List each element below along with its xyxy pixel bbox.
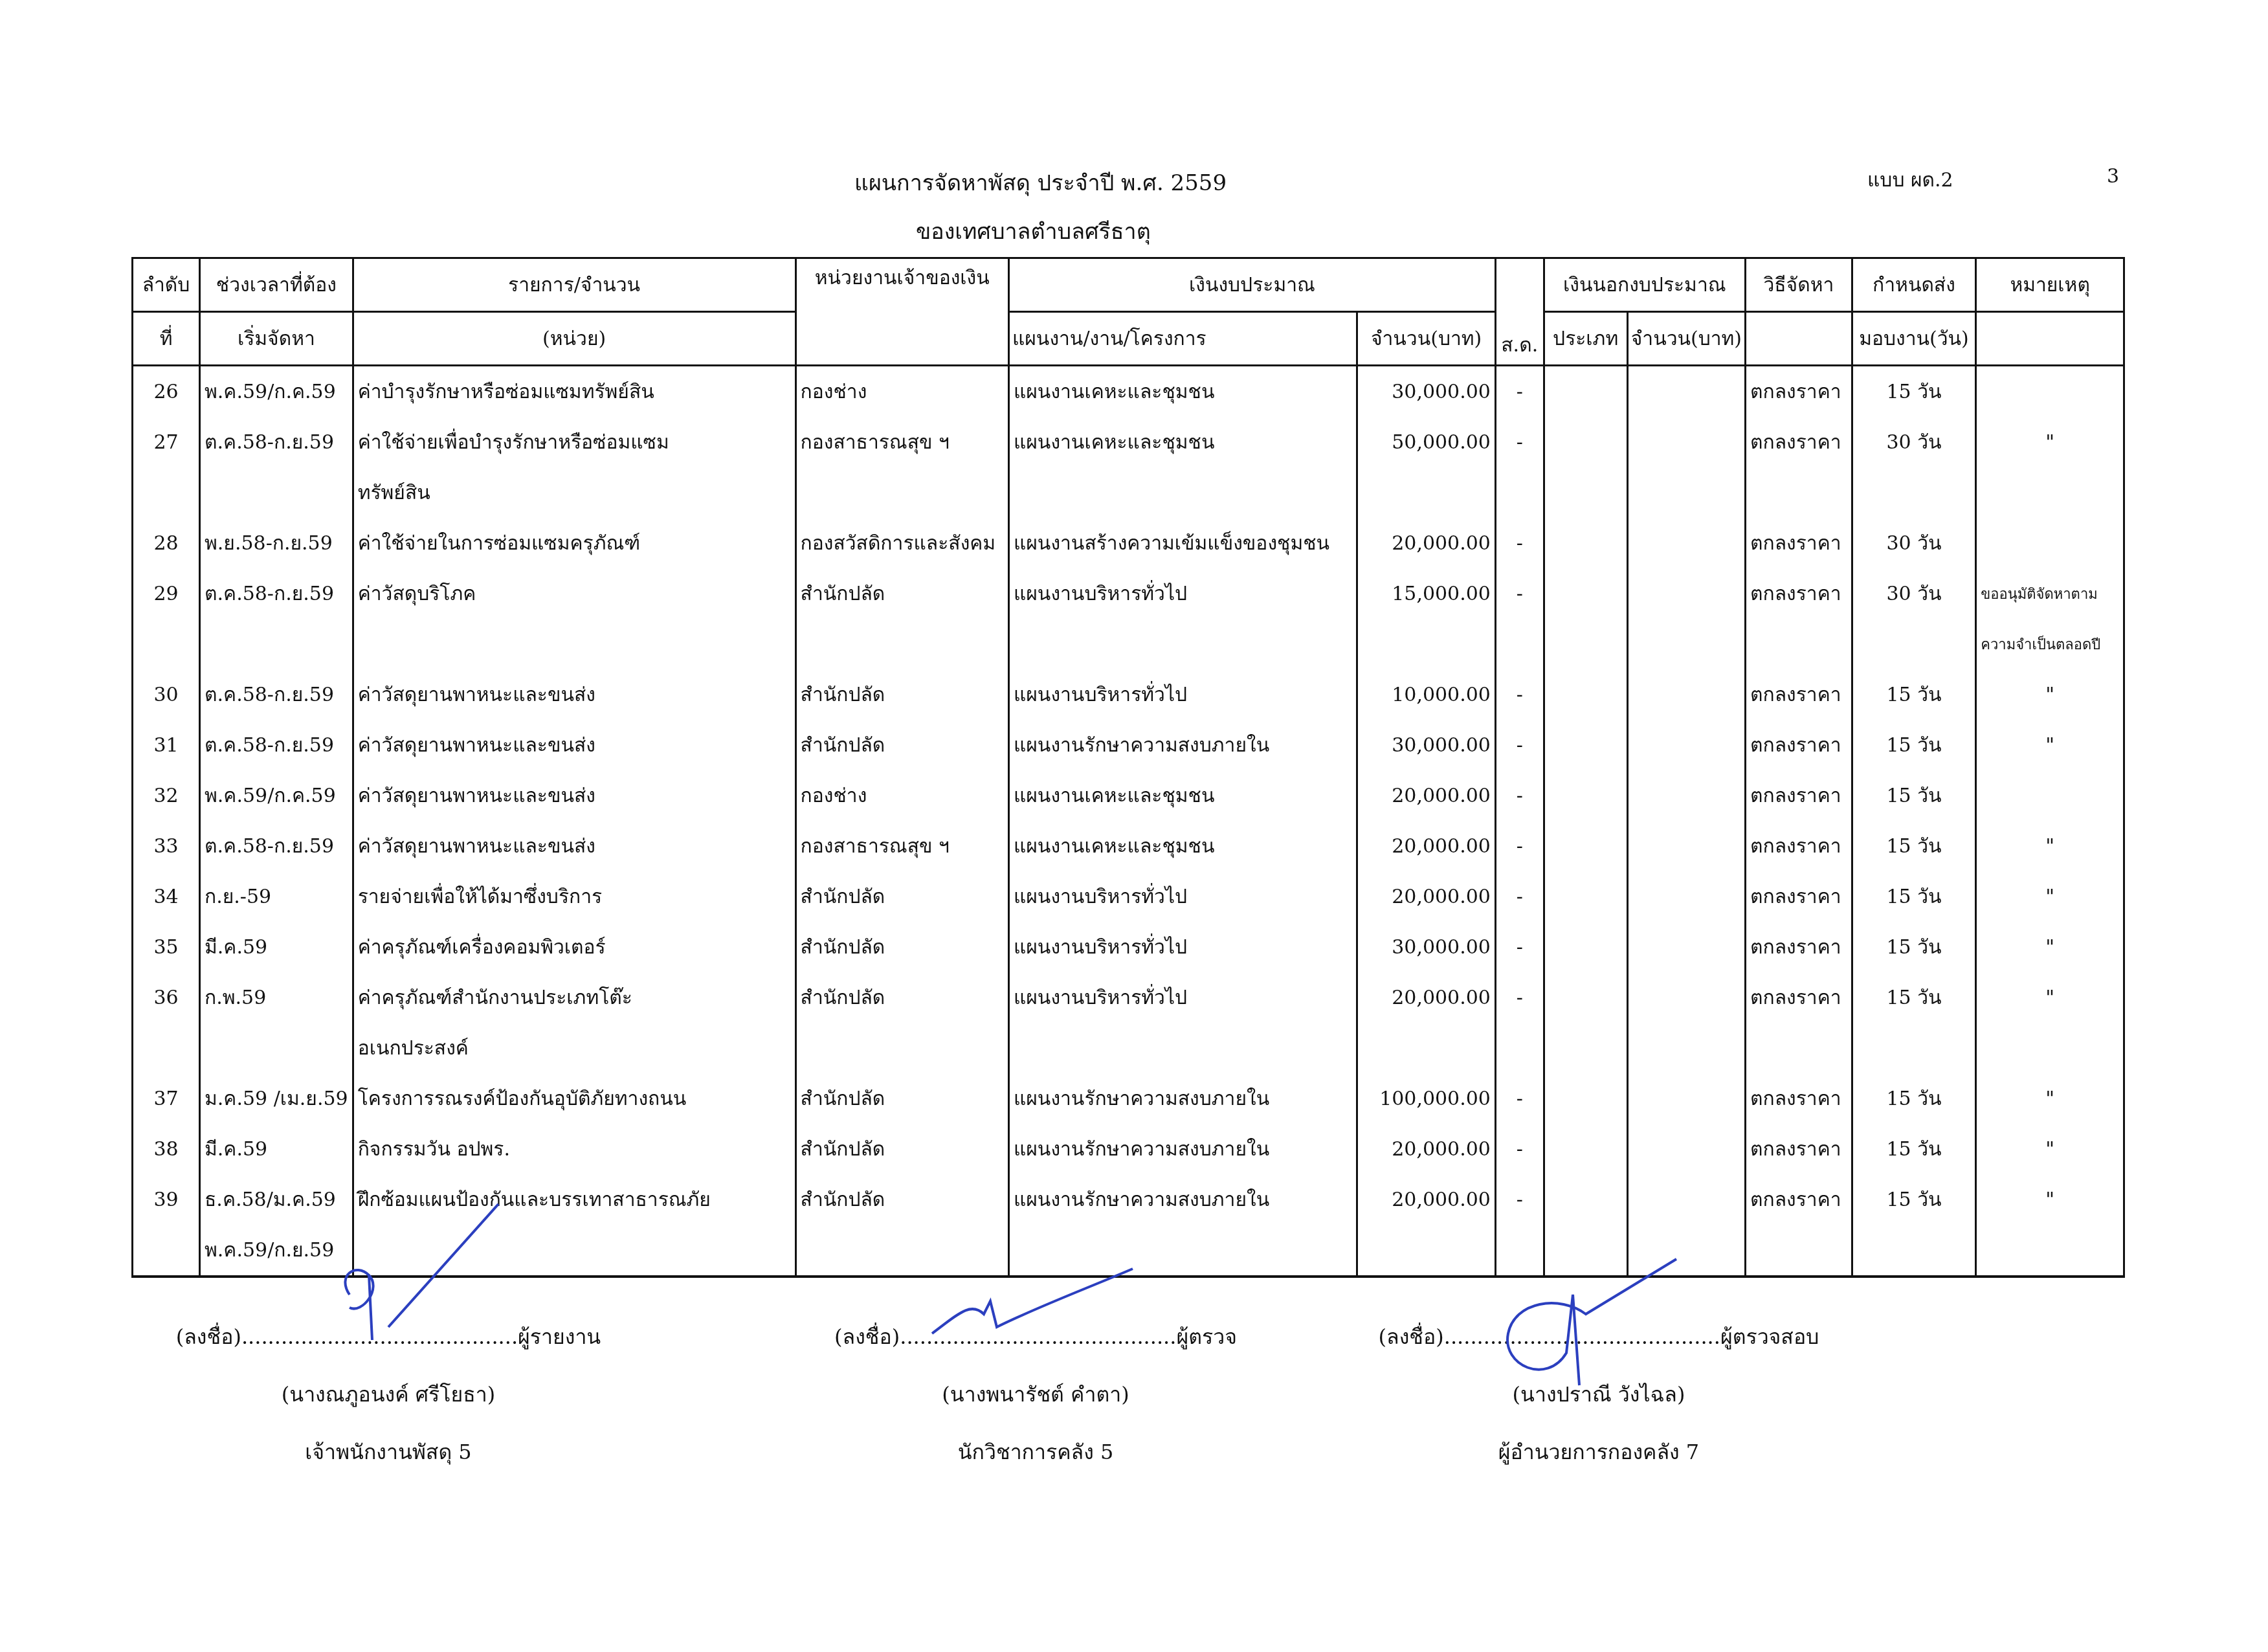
cell-item: ทรัพย์สิน — [353, 467, 795, 518]
cell-days: 30 วัน — [1852, 417, 1976, 467]
cell-period: ต.ค.58-ก.ย.59 — [200, 720, 353, 770]
cell-owner: สำนักปลัด — [795, 1073, 1008, 1124]
cell-type — [1544, 1073, 1627, 1124]
cell-type — [1544, 770, 1627, 821]
cell-no — [133, 1023, 200, 1073]
signer-name: (นางณภูอนงค์ ศรีโยธา) — [155, 1378, 621, 1411]
cell-days: 15 วัน — [1852, 770, 1976, 821]
cell-remark: ขออนุมัติจัดหาตาม — [1976, 568, 2124, 619]
cell-plan — [1008, 619, 1357, 669]
cell-amount: 20,000.00 — [1357, 770, 1496, 821]
cell-no: 34 — [133, 871, 200, 922]
cell-item: ค่าครุภัณฑ์สำนักงานประเภทโต๊ะ — [353, 972, 795, 1023]
cell-remark: " — [1976, 1124, 2124, 1174]
cell-type — [1544, 1174, 1627, 1225]
header-item: รายการ/จำนวน — [353, 258, 795, 312]
cell-remark: ความจำเป็นตลอดปี — [1976, 619, 2124, 669]
cell-no: 35 — [133, 922, 200, 972]
cell-no — [133, 1225, 200, 1277]
header-no: ลำดับ — [133, 258, 200, 312]
cell-owner — [795, 619, 1008, 669]
cell-plan: แผนงานรักษาความสงบภายใน — [1008, 1124, 1357, 1174]
table-row: 34ก.ย.-59รายจ่ายเพื่อให้ได้มาซึ่งบริการส… — [133, 871, 2124, 922]
cell-period: ต.ค.58-ก.ย.59 — [200, 417, 353, 467]
cell-days: 15 วัน — [1852, 972, 1976, 1023]
header-owner: หน่วยงานเจ้าของเงิน — [795, 258, 1008, 366]
cell-method: ตกลงราคา — [1746, 568, 1852, 619]
cell-plan: แผนงานเคหะและชุมชน — [1008, 770, 1357, 821]
cell-owner: สำนักปลัด — [795, 1174, 1008, 1225]
header-nb-amount: จำนวน(บาท) — [1627, 312, 1745, 366]
cell-nb_amount — [1627, 619, 1745, 669]
document-title: แผนการจัดหาพัสดุ ประจำปี พ.ศ. 2559 — [854, 165, 1227, 200]
cell-nb_amount — [1627, 518, 1745, 568]
table-row: อเนกประสงค์ — [133, 1023, 2124, 1073]
cell-nb_amount — [1627, 417, 1745, 467]
cell-no: 39 — [133, 1174, 200, 1225]
cell-remark — [1976, 467, 2124, 518]
cell-type — [1544, 821, 1627, 871]
cell-days — [1852, 467, 1976, 518]
table-row: 27ต.ค.58-ก.ย.59ค่าใช้จ่ายเพื่อบำรุงรักษา… — [133, 417, 2124, 467]
cell-plan: แผนงานเคหะและชุมชน — [1008, 366, 1357, 418]
cell-days: 15 วัน — [1852, 922, 1976, 972]
header-method-2 — [1746, 312, 1852, 366]
cell-no — [133, 619, 200, 669]
cell-plan: แผนงานรักษาความสงบภายใน — [1008, 1073, 1357, 1124]
cell-amount: 100,000.00 — [1357, 1073, 1496, 1124]
table-row: ทรัพย์สิน — [133, 467, 2124, 518]
cell-days: 15 วัน — [1852, 1174, 1976, 1225]
cell-sd: - — [1495, 922, 1544, 972]
cell-method: ตกลงราคา — [1746, 1174, 1852, 1225]
cell-nb_amount — [1627, 568, 1745, 619]
document-subtitle: ของเทศบาลตำบลศรีธาตุ — [916, 214, 1151, 249]
header-amount: จำนวน(บาท) — [1357, 312, 1496, 366]
cell-method: ตกลงราคา — [1746, 669, 1852, 720]
header-remark-2 — [1976, 312, 2124, 366]
cell-method: ตกลงราคา — [1746, 1073, 1852, 1124]
cell-no: 26 — [133, 366, 200, 418]
table-row: 32พ.ค.59/ก.ค.59ค่าวัสดุยานพาหนะและขนส่งก… — [133, 770, 2124, 821]
cell-days: 15 วัน — [1852, 366, 1976, 418]
cell-amount: 20,000.00 — [1357, 821, 1496, 871]
cell-sd: - — [1495, 1124, 1544, 1174]
cell-owner: กองช่าง — [795, 770, 1008, 821]
cell-period: พ.ค.59/ก.ค.59 — [200, 770, 353, 821]
cell-method: ตกลงราคา — [1746, 922, 1852, 972]
cell-type — [1544, 720, 1627, 770]
cell-amount: 20,000.00 — [1357, 1174, 1496, 1225]
header-plan: แผนงาน/งาน/โครงการ — [1008, 312, 1357, 366]
cell-plan — [1008, 467, 1357, 518]
cell-method — [1746, 619, 1852, 669]
cell-sd: - — [1495, 972, 1544, 1023]
cell-days: 15 วัน — [1852, 1124, 1976, 1174]
cell-nb_amount — [1627, 720, 1745, 770]
cell-method: ตกลงราคา — [1746, 972, 1852, 1023]
cell-type — [1544, 1023, 1627, 1073]
cell-item: ค่าใช้จ่ายในการซ่อมแซมครุภัณฑ์ — [353, 518, 795, 568]
cell-plan: แผนงานบริหารทั่วไป — [1008, 871, 1357, 922]
cell-owner: สำนักปลัด — [795, 568, 1008, 619]
cell-no: 36 — [133, 972, 200, 1023]
header-nonbudget: เงินนอกงบประมาณ — [1544, 258, 1746, 312]
cell-type — [1544, 366, 1627, 418]
table-row: 37ม.ค.59 /เม.ย.59โครงการรณรงค์ป้องกันอุบ… — [133, 1073, 2124, 1124]
cell-no: 29 — [133, 568, 200, 619]
cell-owner: สำนักปลัด — [795, 972, 1008, 1023]
cell-item: ค่าวัสดุยานพาหนะและขนส่ง — [353, 821, 795, 871]
cell-amount — [1357, 467, 1496, 518]
cell-type — [1544, 922, 1627, 972]
cell-item: ค่าวัสดุยานพาหนะและขนส่ง — [353, 669, 795, 720]
cell-days: 30 วัน — [1852, 518, 1976, 568]
cell-nb_amount — [1627, 366, 1745, 418]
cell-method: ตกลงราคา — [1746, 720, 1852, 770]
cell-item: โครงการรณรงค์ป้องกันอุบัติภัยทางถนน — [353, 1073, 795, 1124]
cell-type — [1544, 568, 1627, 619]
form-code: แบบ ผด.2 — [1867, 165, 1953, 195]
cell-sd: - — [1495, 770, 1544, 821]
cell-plan: แผนงานรักษาความสงบภายใน — [1008, 1174, 1357, 1225]
cell-amount: 50,000.00 — [1357, 417, 1496, 467]
cell-period — [200, 467, 353, 518]
table-row: 33ต.ค.58-ก.ย.59ค่าวัสดุยานพาหนะและขนส่งก… — [133, 821, 2124, 871]
cell-remark — [1976, 770, 2124, 821]
cell-remark — [1976, 366, 2124, 418]
cell-plan: แผนงานบริหารทั่วไป — [1008, 568, 1357, 619]
cell-item: ค่าใช้จ่ายเพื่อบำรุงรักษาหรือซ่อมแซม — [353, 417, 795, 467]
cell-no: 30 — [133, 669, 200, 720]
cell-no: 38 — [133, 1124, 200, 1174]
cell-remark: " — [1976, 821, 2124, 871]
cell-nb_amount — [1627, 1073, 1745, 1124]
cell-plan — [1008, 1023, 1357, 1073]
cell-sd: - — [1495, 1174, 1544, 1225]
cell-nb_amount — [1627, 871, 1745, 922]
cell-owner: สำนักปลัด — [795, 871, 1008, 922]
cell-amount — [1357, 1225, 1496, 1277]
cell-nb_amount — [1627, 669, 1745, 720]
cell-no: 31 — [133, 720, 200, 770]
handwritten-signature-icon — [311, 1198, 544, 1346]
cell-plan: แผนงานบริหารทั่วไป — [1008, 922, 1357, 972]
cell-sd: - — [1495, 669, 1544, 720]
cell-period — [200, 1023, 353, 1073]
cell-sd: - — [1495, 518, 1544, 568]
signer-position: ผู้อำนวยการกองคลัง 7 — [1366, 1436, 1832, 1469]
header-sd: ส.ด. — [1495, 258, 1544, 366]
cell-days: 15 วัน — [1852, 821, 1976, 871]
cell-method: ตกลงราคา — [1746, 417, 1852, 467]
cell-remark: " — [1976, 669, 2124, 720]
cell-remark: " — [1976, 417, 2124, 467]
cell-item: อเนกประสงค์ — [353, 1023, 795, 1073]
cell-plan: แผนงานรักษาความสงบภายใน — [1008, 720, 1357, 770]
table-row: 38มี.ค.59กิจกรรมวัน อปพร.สำนักปลัดแผนงาน… — [133, 1124, 2124, 1174]
cell-type — [1544, 417, 1627, 467]
cell-days: 15 วัน — [1852, 871, 1976, 922]
header-period: ช่วงเวลาที่ต้อง — [200, 258, 353, 312]
cell-item: ค่าวัสดุยานพาหนะและขนส่ง — [353, 770, 795, 821]
cell-owner: สำนักปลัด — [795, 922, 1008, 972]
cell-plan: แผนงานเคหะและชุมชน — [1008, 417, 1357, 467]
cell-nb_amount — [1627, 922, 1745, 972]
cell-remark: " — [1976, 922, 2124, 972]
procurement-plan-table: ลำดับ ช่วงเวลาที่ต้อง รายการ/จำนวน หน่วย… — [131, 257, 2125, 1278]
cell-method: ตกลงราคา — [1746, 1124, 1852, 1174]
cell-item — [353, 619, 795, 669]
handwritten-signature-icon — [919, 1262, 1152, 1346]
cell-sd: - — [1495, 568, 1544, 619]
header-budget: เงินงบประมาณ — [1008, 258, 1495, 312]
cell-owner: สำนักปลัด — [795, 1124, 1008, 1174]
table-row: 30ต.ค.58-ก.ย.59ค่าวัสดุยานพาหนะและขนส่งส… — [133, 669, 2124, 720]
table-row: 26พ.ค.59/ก.ค.59ค่าบำรุงรักษาหรือซ่อมแซมท… — [133, 366, 2124, 418]
cell-sd: - — [1495, 417, 1544, 467]
cell-sd: - — [1495, 366, 1544, 418]
cell-sd — [1495, 1023, 1544, 1073]
header-item-2: (หน่วย) — [353, 312, 795, 366]
cell-nb_amount — [1627, 1124, 1745, 1174]
handwritten-signature-icon — [1482, 1256, 1696, 1405]
cell-days — [1852, 1225, 1976, 1277]
cell-method — [1746, 1023, 1852, 1073]
header-period-2: เริ่มจัดหา — [200, 312, 353, 366]
cell-plan: แผนงานสร้างความเข้มแข็งของชุมชน — [1008, 518, 1357, 568]
cell-amount: 30,000.00 — [1357, 366, 1496, 418]
cell-remark — [1976, 1225, 2124, 1277]
header-type: ประเภท — [1544, 312, 1627, 366]
cell-amount: 15,000.00 — [1357, 568, 1496, 619]
cell-period — [200, 619, 353, 669]
header-deadline-2: มอบงาน(วัน) — [1852, 312, 1976, 366]
header-remark: หมายเหตุ — [1976, 258, 2124, 312]
cell-method — [1746, 467, 1852, 518]
cell-amount: 30,000.00 — [1357, 720, 1496, 770]
table-row: 28พ.ย.58-ก.ย.59ค่าใช้จ่ายในการซ่อมแซมครุ… — [133, 518, 2124, 568]
cell-owner: สำนักปลัด — [795, 720, 1008, 770]
cell-remark — [1976, 1023, 2124, 1073]
cell-method: ตกลงราคา — [1746, 366, 1852, 418]
cell-method: ตกลงราคา — [1746, 518, 1852, 568]
cell-item: รายจ่ายเพื่อให้ได้มาซึ่งบริการ — [353, 871, 795, 922]
cell-type — [1544, 972, 1627, 1023]
cell-owner: กองสาธารณสุข ฯ — [795, 417, 1008, 467]
cell-days — [1852, 619, 1976, 669]
cell-method: ตกลงราคา — [1746, 821, 1852, 871]
cell-period: ก.ย.-59 — [200, 871, 353, 922]
cell-remark: " — [1976, 1073, 2124, 1124]
cell-type — [1544, 871, 1627, 922]
cell-plan: แผนงานบริหารทั่วไป — [1008, 669, 1357, 720]
cell-remark: " — [1976, 1174, 2124, 1225]
cell-period: ต.ค.58-ก.ย.59 — [200, 821, 353, 871]
cell-method: ตกลงราคา — [1746, 770, 1852, 821]
cell-period: ม.ค.59 /เม.ย.59 — [200, 1073, 353, 1124]
page-number: 3 — [2107, 165, 2119, 188]
cell-amount: 30,000.00 — [1357, 922, 1496, 972]
cell-no: 28 — [133, 518, 200, 568]
cell-sd: - — [1495, 720, 1544, 770]
cell-owner: กองสวัสดิการและสังคม — [795, 518, 1008, 568]
cell-remark: " — [1976, 972, 2124, 1023]
cell-type — [1544, 467, 1627, 518]
cell-method: ตกลงราคา — [1746, 871, 1852, 922]
cell-amount: 20,000.00 — [1357, 871, 1496, 922]
cell-amount: 20,000.00 — [1357, 972, 1496, 1023]
cell-item: ค่าครุภัณฑ์เครื่องคอมพิวเตอร์ — [353, 922, 795, 972]
cell-nb_amount — [1627, 821, 1745, 871]
cell-days: 15 วัน — [1852, 1073, 1976, 1124]
cell-item: ค่าบำรุงรักษาหรือซ่อมแซมทรัพย์สิน — [353, 366, 795, 418]
table-row: 35มี.ค.59ค่าครุภัณฑ์เครื่องคอมพิวเตอร์สำ… — [133, 922, 2124, 972]
cell-days: 15 วัน — [1852, 669, 1976, 720]
cell-period: พ.ย.58-ก.ย.59 — [200, 518, 353, 568]
cell-plan: แผนงานบริหารทั่วไป — [1008, 972, 1357, 1023]
cell-sd — [1495, 467, 1544, 518]
cell-nb_amount — [1627, 972, 1745, 1023]
cell-sd — [1495, 619, 1544, 669]
cell-owner: สำนักปลัด — [795, 669, 1008, 720]
signer-position: เจ้าพนักงานพัสดุ 5 — [155, 1436, 621, 1469]
cell-no: 32 — [133, 770, 200, 821]
cell-remark: " — [1976, 720, 2124, 770]
cell-owner: กองสาธารณสุข ฯ — [795, 821, 1008, 871]
cell-remark — [1976, 518, 2124, 568]
cell-amount — [1357, 619, 1496, 669]
cell-days — [1852, 1023, 1976, 1073]
signer-position: นักวิชาการคลัง 5 — [803, 1436, 1269, 1469]
cell-nb_amount — [1627, 1023, 1745, 1073]
cell-nb_amount — [1627, 1174, 1745, 1225]
cell-days: 30 วัน — [1852, 568, 1976, 619]
table-row: 36ก.พ.59ค่าครุภัณฑ์สำนักงานประเภทโต๊ะสำน… — [133, 972, 2124, 1023]
table-row: ความจำเป็นตลอดปี — [133, 619, 2124, 669]
cell-no: 27 — [133, 417, 200, 467]
header-deadline: กำหนดส่ง — [1852, 258, 1976, 312]
cell-item: ค่าวัสดุบริโภค — [353, 568, 795, 619]
cell-nb_amount — [1627, 770, 1745, 821]
cell-owner: กองช่าง — [795, 366, 1008, 418]
cell-plan: แผนงานเคหะและชุมชน — [1008, 821, 1357, 871]
cell-type — [1544, 619, 1627, 669]
cell-amount: 10,000.00 — [1357, 669, 1496, 720]
table-row: 31ต.ค.58-ก.ย.59ค่าวัสดุยานพาหนะและขนส่งส… — [133, 720, 2124, 770]
cell-item: กิจกรรมวัน อปพร. — [353, 1124, 795, 1174]
cell-amount — [1357, 1023, 1496, 1073]
cell-no: 33 — [133, 821, 200, 871]
cell-no: 37 — [133, 1073, 200, 1124]
cell-type — [1544, 518, 1627, 568]
cell-method — [1746, 1225, 1852, 1277]
cell-no — [133, 467, 200, 518]
cell-period: พ.ค.59/ก.ค.59 — [200, 366, 353, 418]
signer-name: (นางพนารัชต์ คำตา) — [803, 1378, 1269, 1411]
cell-amount: 20,000.00 — [1357, 518, 1496, 568]
cell-nb_amount — [1627, 467, 1745, 518]
cell-period: มี.ค.59 — [200, 922, 353, 972]
header-method: วิธีจัดหา — [1746, 258, 1852, 312]
header-no-2: ที่ — [133, 312, 200, 366]
cell-sd: - — [1495, 1073, 1544, 1124]
cell-period: ต.ค.58-ก.ย.59 — [200, 669, 353, 720]
cell-type — [1544, 1124, 1627, 1174]
cell-amount: 20,000.00 — [1357, 1124, 1496, 1174]
cell-remark: " — [1976, 871, 2124, 922]
cell-owner — [795, 1023, 1008, 1073]
cell-period: ต.ค.58-ก.ย.59 — [200, 568, 353, 619]
cell-owner — [795, 467, 1008, 518]
cell-sd: - — [1495, 821, 1544, 871]
table-row: 29ต.ค.58-ก.ย.59ค่าวัสดุบริโภคสำนักปลัดแผ… — [133, 568, 2124, 619]
cell-type — [1544, 669, 1627, 720]
cell-item: ค่าวัสดุยานพาหนะและขนส่ง — [353, 720, 795, 770]
cell-period: มี.ค.59 — [200, 1124, 353, 1174]
cell-period: ก.พ.59 — [200, 972, 353, 1023]
cell-days: 15 วัน — [1852, 720, 1976, 770]
cell-sd: - — [1495, 871, 1544, 922]
